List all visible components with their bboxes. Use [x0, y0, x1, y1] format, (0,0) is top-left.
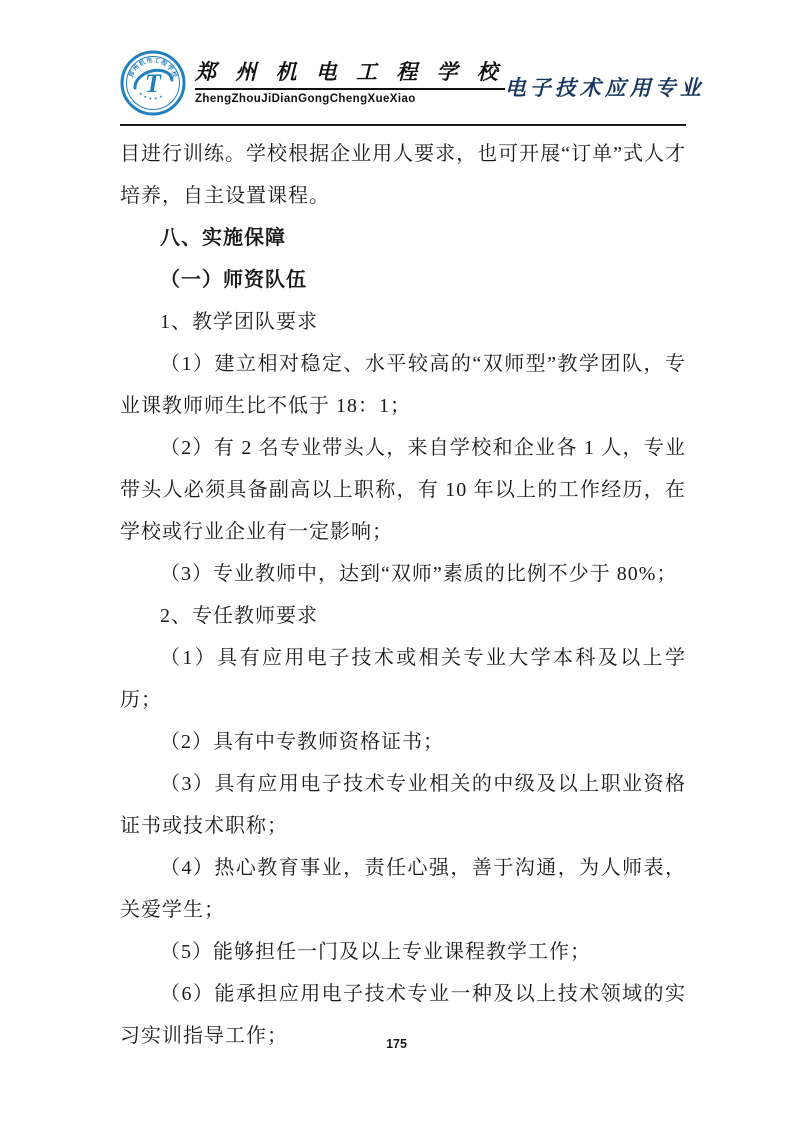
document-page: 郑州机电工程学校 ★ ★ ★ ★ ★ T 郑 州 机 电 工 程 学 校 Zhe… [0, 0, 793, 1122]
paragraph: （5）能够担任一门及以上专业课程教学工作； [120, 931, 686, 973]
svg-text:T: T [145, 69, 162, 98]
school-name-block: 郑 州 机 电 工 程 学 校 ZhengZhouJiDianGongCheng… [195, 61, 505, 104]
page-header: 郑州机电工程学校 ★ ★ ★ ★ ★ T 郑 州 机 电 工 程 学 校 Zhe… [120, 48, 688, 118]
document-body: 目进行训练。学校根据企业用人要求，也可开展“订单”式人才培养，自主设置课程。 八… [120, 133, 686, 1057]
paragraph: （4）热心教育事业，责任心强，善于沟通，为人师表，关爱学生； [120, 847, 686, 931]
paragraph: 2、专任教师要求 [120, 595, 686, 637]
school-name-chinese: 郑 州 机 电 工 程 学 校 [195, 61, 505, 89]
page-number: 175 [0, 1037, 793, 1051]
program-title: 电子技术应用专业 [505, 72, 705, 102]
school-emblem-icon: 郑州机电工程学校 ★ ★ ★ ★ ★ T [120, 50, 186, 116]
header-divider [120, 124, 686, 126]
paragraph: （2）有 2 名专业带头人，来自学校和企业各 1 人，专业带头人必须具备副高以上… [120, 427, 686, 553]
subsection-heading: （一）师资队伍 [120, 259, 686, 301]
paragraph: （1）建立相对稳定、水平较高的“双师型”教学团队，专业课教师师生比不低于 18：… [120, 343, 686, 427]
paragraph: （3）具有应用电子技术专业相关的中级及以上职业资格证书或技术职称； [120, 763, 686, 847]
paragraph: （1）具有应用电子技术或相关专业大学本科及以上学历； [120, 637, 686, 721]
school-name-pinyin: ZhengZhouJiDianGongChengXueXiao [195, 93, 505, 105]
school-logo-group: 郑州机电工程学校 ★ ★ ★ ★ ★ T 郑 州 机 电 工 程 学 校 Zhe… [120, 50, 505, 116]
section-heading: 八、实施保障 [120, 217, 686, 259]
paragraph: （3）专业教师中，达到“双师”素质的比例不少于 80%； [120, 553, 686, 595]
paragraph: （2）具有中专教师资格证书； [120, 721, 686, 763]
paragraph: 目进行训练。学校根据企业用人要求，也可开展“订单”式人才培养，自主设置课程。 [120, 133, 686, 217]
paragraph: 1、教学团队要求 [120, 301, 686, 343]
